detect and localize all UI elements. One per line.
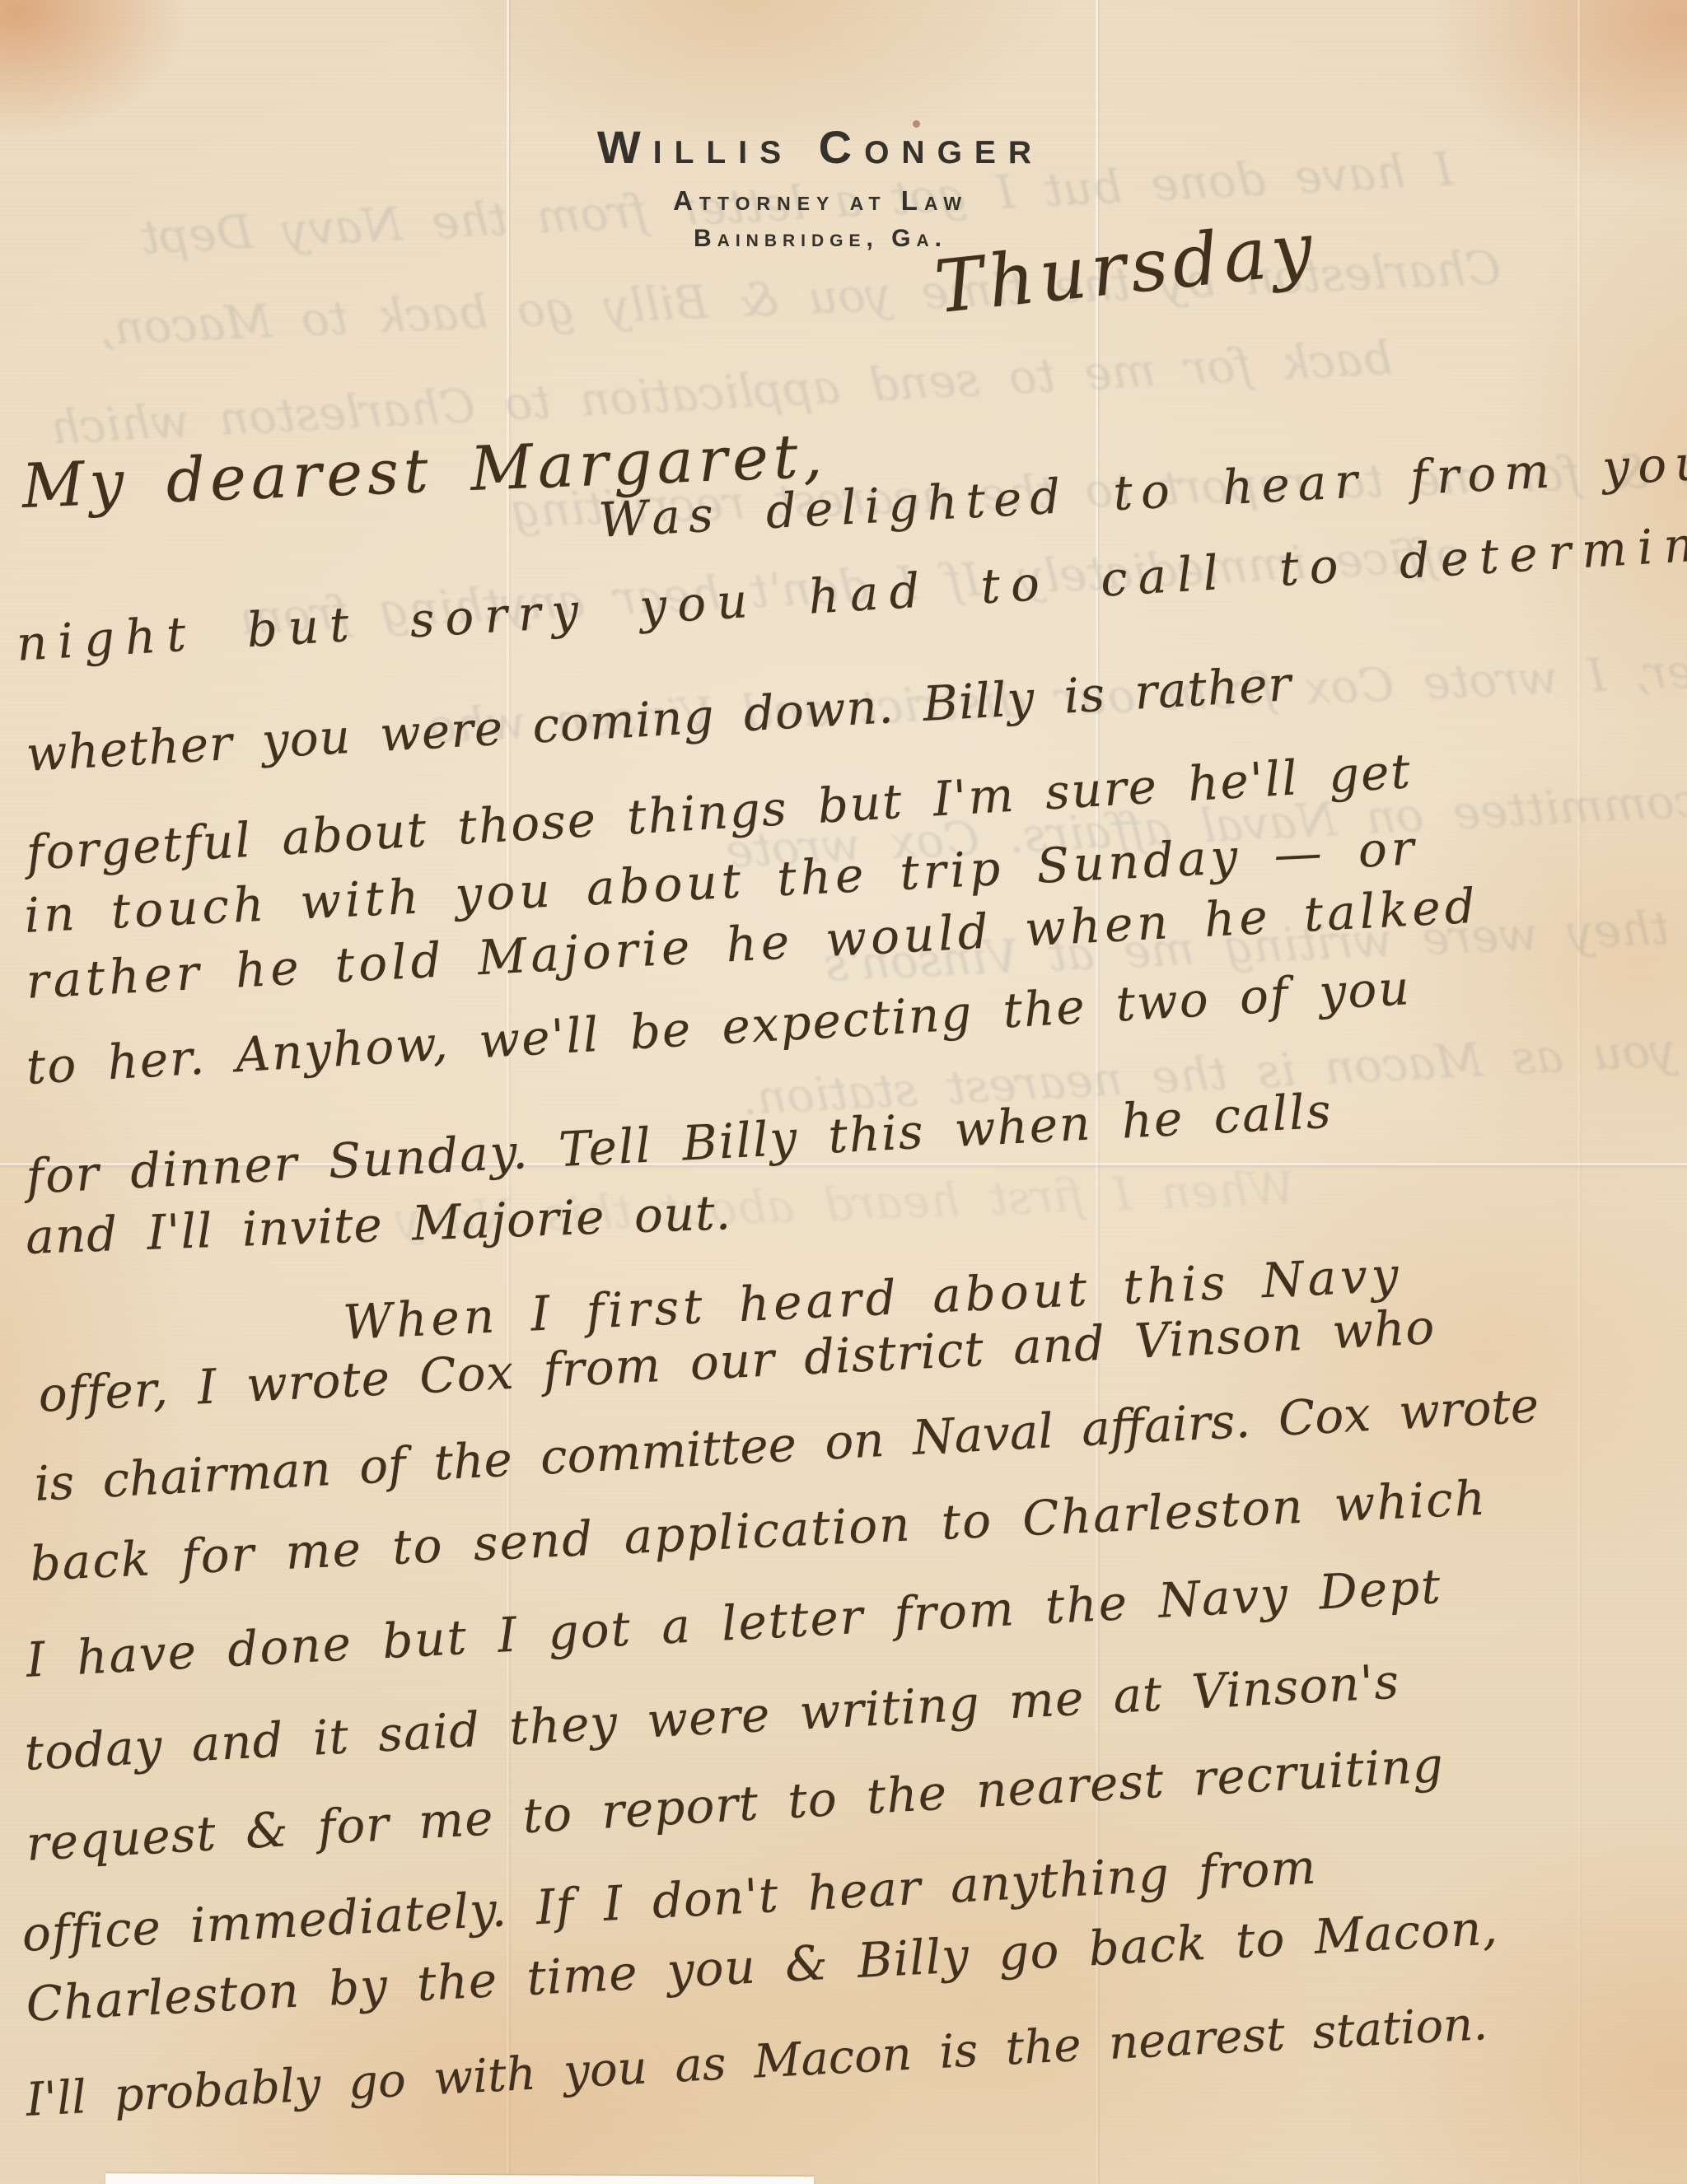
letterhead-title: Attorney at Law: [0, 185, 1664, 217]
letter-page: I have done but I got a letter from the …: [0, 0, 1687, 2184]
letterhead-location: Bainbridge, Ga.: [0, 225, 1664, 253]
fold-crease-vertical: [1577, 0, 1580, 2184]
letterhead-name: Willis Conger: [0, 120, 1664, 174]
scanner-edge-artifact: [105, 2173, 814, 2184]
ink-speck: [913, 120, 920, 128]
letterhead: Willis Conger Attorney at Law Bainbridge…: [0, 120, 1664, 253]
